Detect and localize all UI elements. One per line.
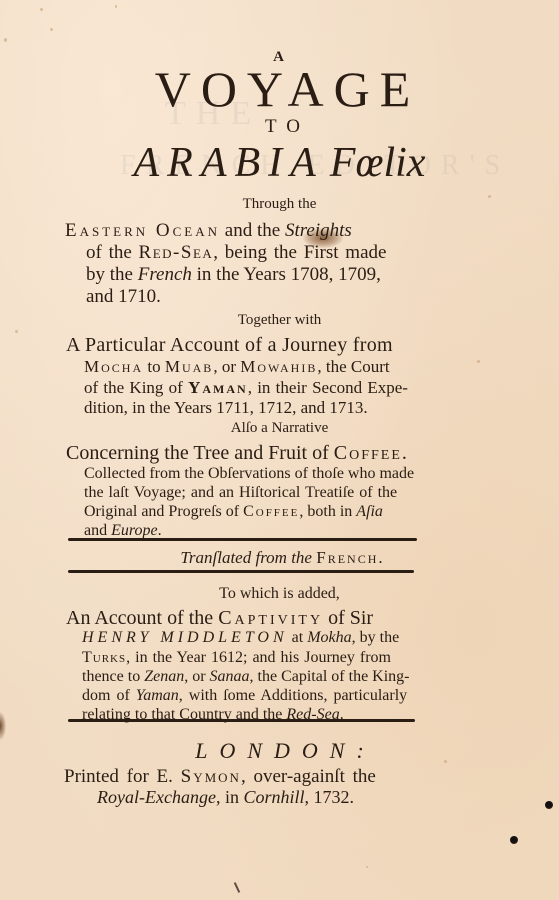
mokha-text: Mokha <box>307 629 351 646</box>
worm-hole <box>510 836 518 844</box>
title-place-suffix: Fœlix <box>330 140 426 186</box>
imprint-line1: Printed for E. Symon, over-againſt the <box>64 767 376 786</box>
text-span: Tranſlated from the <box>180 548 316 567</box>
yaman-text: Yaman <box>136 687 179 704</box>
block1-line1: Eastern Ocean and the Streights <box>65 221 352 240</box>
text-span: , the Capital of the King- <box>250 668 410 685</box>
muab-text: Muab <box>165 357 213 376</box>
streights-text: Streights <box>285 220 352 241</box>
foxing-speck <box>15 330 18 333</box>
sanaa-text: Sanaa <box>210 668 250 685</box>
title-place: ARABIAFœlix <box>0 142 559 184</box>
horizontal-rule <box>68 538 417 541</box>
horizontal-rule <box>68 719 415 722</box>
captivity-text: Captivity <box>218 607 323 629</box>
text-span: , in the Year 1612; and his Journey from <box>126 649 391 666</box>
block2-line1: A Particular Account of a Journey from <box>66 335 393 355</box>
block2-line2: Mocha to Muab, or Mowahib, the Court <box>84 358 390 375</box>
text-span: dom of <box>82 687 136 704</box>
to-which-is-added: To which is added, <box>0 586 559 602</box>
foxing-speck <box>115 5 117 8</box>
text-span: in the Years 1708, 1709, <box>192 264 381 285</box>
text-span: thence to <box>82 668 144 685</box>
text-span: of the King of <box>84 378 188 397</box>
title-to: TO <box>0 117 559 136</box>
text-span: Concerning the Tree and Fruit of <box>66 442 334 464</box>
text-span: by the <box>86 264 138 285</box>
and-the-text: and the <box>220 220 285 241</box>
block4-line2: HENRY MIDDLETON at Mokha, by the <box>82 630 399 646</box>
block4-line4: thence to Zenan, or Sanaa, the Capital o… <box>82 669 410 685</box>
foxing-speck <box>4 38 7 42</box>
coffee-text: Coffee <box>243 503 299 520</box>
together-with: Together with <box>0 313 559 328</box>
yaman-text: Yaman <box>188 378 248 397</box>
text-span: , with ſome Additions, particularly <box>179 687 407 704</box>
text-span: and <box>84 522 111 539</box>
asia-text: Aſia <box>356 503 383 520</box>
zenan-text: Zenan <box>144 668 184 685</box>
text-span: Printed for E. <box>64 766 181 787</box>
foxing-speck <box>366 866 368 868</box>
imprint-line2: Royal-Exchange, in Cornhill, 1732. <box>97 788 354 806</box>
block3-line4: Original and Progreſs of Coffee, both in… <box>84 504 383 520</box>
block1-line2: of the Red-Sea, being the First made <box>86 243 386 262</box>
imprint-city: LONDON: <box>0 740 559 762</box>
title-place-name: ARABIA <box>134 140 324 186</box>
text-span: , being the First made <box>213 242 386 263</box>
french-text: French <box>316 548 378 567</box>
text-span: to <box>143 357 165 376</box>
text-span: , or <box>213 357 240 376</box>
block4-line1: An Account of the Captivity of Sir <box>66 608 373 628</box>
foxing-speck <box>40 8 43 11</box>
worm-hole <box>545 801 553 809</box>
edge-stain <box>0 712 6 740</box>
text-span: . <box>158 522 162 539</box>
block3-line3: the laſt Voyage; and an Hiſtorical Treat… <box>84 485 397 501</box>
red-sea-text: Red-Sea <box>139 242 214 263</box>
text-span: , or <box>184 668 209 685</box>
mowahib-text: Mowahib <box>240 357 317 376</box>
text-span: of Sir <box>323 607 373 629</box>
block4-line5: dom of Yaman, with ſome Additions, parti… <box>82 688 407 704</box>
foxing-speck <box>477 360 480 363</box>
symon-text: Symon <box>181 766 241 787</box>
block4-line3: Turks, in the Year 1612; and his Journey… <box>82 650 391 666</box>
text-span: , by the <box>352 629 400 646</box>
turks-text: Turks <box>82 649 126 666</box>
block2-line3: of the King of Yaman, in their Second Ex… <box>84 379 408 396</box>
block3-line2: Collected from the Obſervations of thoſe… <box>84 466 414 482</box>
text-span: , in <box>216 787 244 807</box>
mocha-text: Mocha <box>84 357 143 376</box>
henry-middleton-text: HENRY MIDDLETON <box>82 629 288 646</box>
translated-from-french: Tranſlated from the French. <box>0 549 559 566</box>
scratch-mark <box>234 882 240 893</box>
text-span: , 1732. <box>304 787 354 807</box>
through-the: Through the <box>0 197 559 212</box>
block3-line1: Concerning the Tree and Fruit of Coffee. <box>66 443 407 463</box>
cornhill-text: Cornhill <box>243 787 304 807</box>
text-span: at <box>288 629 308 646</box>
text-span: , in their Second Expe- <box>248 378 408 397</box>
royal-exchange-text: Royal-Exchange <box>97 787 216 807</box>
french-text: French <box>138 264 192 285</box>
europe-text: Europe <box>111 522 158 539</box>
block3-line5: and Europe. <box>84 523 162 539</box>
title-main: VOYAGE <box>0 64 559 114</box>
also-narrative: Alſo a Narrative <box>0 421 559 436</box>
text-span: . <box>378 548 382 567</box>
coffee-text: Coffee <box>334 442 402 464</box>
text-span: , the Court <box>317 357 389 376</box>
block1-line3: by the French in the Years 1708, 1709, <box>86 265 381 284</box>
horizontal-rule <box>68 570 414 573</box>
eastern-ocean-text: Eastern Ocean <box>65 220 220 241</box>
text-span: , both in <box>299 503 356 520</box>
block1-line4: and 1710. <box>86 287 161 306</box>
text-span: . <box>402 442 407 464</box>
text-span: An Account of the <box>66 607 218 629</box>
text-span: Original and Progreſs of <box>84 503 243 520</box>
block2-line4: dition, in the Years 1711, 1712, and 171… <box>84 399 368 416</box>
text-span: , over-againſt the <box>241 766 376 787</box>
text-span: of the <box>86 242 139 263</box>
foxing-speck <box>50 28 53 31</box>
title-page: THE FRENCH EDITOR'S A VOYAGE TO ARABIAFœ… <box>0 0 559 900</box>
